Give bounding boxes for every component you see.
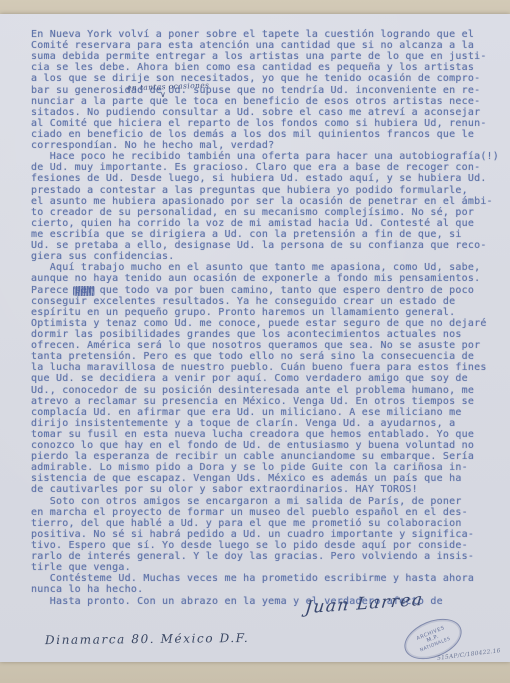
letter-line: complacía Ud. en afirmar que era Ud. un … <box>31 407 493 418</box>
letter-line: tanta pretensión. Pero es que todo ello … <box>31 351 493 362</box>
letter-line: Optimista y tenaz como Ud. me conoce, pu… <box>31 318 493 329</box>
letter-line: Contésteme Ud. Muchas veces me ha promet… <box>31 573 493 584</box>
scan-background: En Nueva York volví a poner sobre el tap… <box>0 0 510 683</box>
letter-line: sistencia de que escapaz. Vengan Uds. Mé… <box>31 473 493 484</box>
letter-line: Comité reservara para esta atención una … <box>31 40 493 51</box>
letter-line: rarlo de interés general. Y le doy las g… <box>31 551 493 562</box>
letter-line: fesiones de Ud. Desde luego, si hubiera … <box>31 173 493 184</box>
letter-line: to creador de su personalidad, en su mec… <box>31 207 493 218</box>
letter-line: prestado a contestar a las preguntas que… <box>31 185 493 196</box>
letter-line: de cautivarles por su olor y sabor extra… <box>31 484 493 495</box>
letter-line: me escribía que se dirigiera a Ud. con l… <box>31 229 493 240</box>
letter-paper: En Nueva York volví a poner sobre el tap… <box>0 14 510 662</box>
letter-line: bar su generosidad de Ud. supuse que no … <box>31 85 493 96</box>
letter-line: atrevo a reclamar su presencia en México… <box>31 396 493 407</box>
letter-line: conozco lo que hay en el fondo de Ud. de… <box>31 440 493 451</box>
letter-line: espíritu en un pequeño grupo. Pronto har… <box>31 307 493 318</box>
letter-line: Soto con otros amigos se encargaron a mi… <box>31 496 493 507</box>
letter-line: cierto, quien ha corrido la voz de mi am… <box>31 218 493 229</box>
blotted-word: ser <box>75 285 94 296</box>
letter-line: pierdo la esperanza de recibir un cable … <box>31 451 493 462</box>
letter-line: cia se les debe. Ahora bien como esa can… <box>31 62 493 73</box>
letter-line: suma debida permite entregar a los artis… <box>31 51 493 62</box>
letter-line: a los que se dirije son necesitados, yo … <box>31 73 493 84</box>
letter-line: dormir las posibilidades grandes que los… <box>31 329 493 340</box>
letter-line: tivo. Espero que sí. Yo desde luego se l… <box>31 540 493 551</box>
letter-line: la lucha maravillosa de nuestro pueblo. … <box>31 362 493 373</box>
letter-line: positiva. No sé si habrá pedido a Ud. un… <box>31 529 493 540</box>
letter-line: Aquí trabajo mucho en el asunto que tant… <box>31 262 493 273</box>
letter-line: admirable. Lo mismo pido a Dora y se lo … <box>31 462 493 473</box>
letter-line: Parece ser que todo va por buen camino, … <box>31 285 493 296</box>
letter-line: de Ud. muy importante. Es gracioso. Clar… <box>31 162 493 173</box>
letter-line: Ud. se pretaba a ello, designase Ud. la … <box>31 240 493 251</box>
letter-body: En Nueva York volví a poner sobre el tap… <box>31 29 493 607</box>
handwritten-address: Dinamarca 80. México D.F. <box>45 631 249 647</box>
letter-line: Ud., conocedor de su posición desinteres… <box>31 385 493 396</box>
letter-line: ofrecen. América será lo que nosotros qu… <box>31 340 493 351</box>
letter-line: al Comité que hiciera el reparto de los … <box>31 118 493 129</box>
letter-line: conseguir excelentes resultados. Ya he c… <box>31 296 493 307</box>
letter-line: aunque no haya tenido aun ocasión de exp… <box>31 273 493 284</box>
letter-line: ciado en beneficio de los demás a los do… <box>31 129 493 140</box>
letter-line: dirijo insistentemente y a toque de clar… <box>31 418 493 429</box>
letter-line: el asunto me hubiera apasionado por ser … <box>31 196 493 207</box>
letter-line: tirle que venga. <box>31 562 493 573</box>
letter-line: nunciar a la parte que le toca en benefi… <box>31 96 493 107</box>
letter-line: en marcha el proyecto de formar un museo… <box>31 507 493 518</box>
letter-line: giera sus confidencias. <box>31 251 493 262</box>
letter-line: tomar su fusil en esta nueva lucha cread… <box>31 429 493 440</box>
letter-line: correspondían. No he hecho mal, verdad? <box>31 140 493 151</box>
letter-line: Hace poco he recibido también una oferta… <box>31 151 493 162</box>
letter-line: sitados. No pudiendo consultar a Ud. sob… <box>31 107 493 118</box>
insertion-caret-mark: ∨ <box>160 90 166 99</box>
letter-line: tierro, del que hablé a Ud. y para el qu… <box>31 518 493 529</box>
letter-line: En Nueva York volví a poner sobre el tap… <box>31 29 493 40</box>
letter-line: que Ud. se decidiera a venir por aquí. C… <box>31 373 493 384</box>
